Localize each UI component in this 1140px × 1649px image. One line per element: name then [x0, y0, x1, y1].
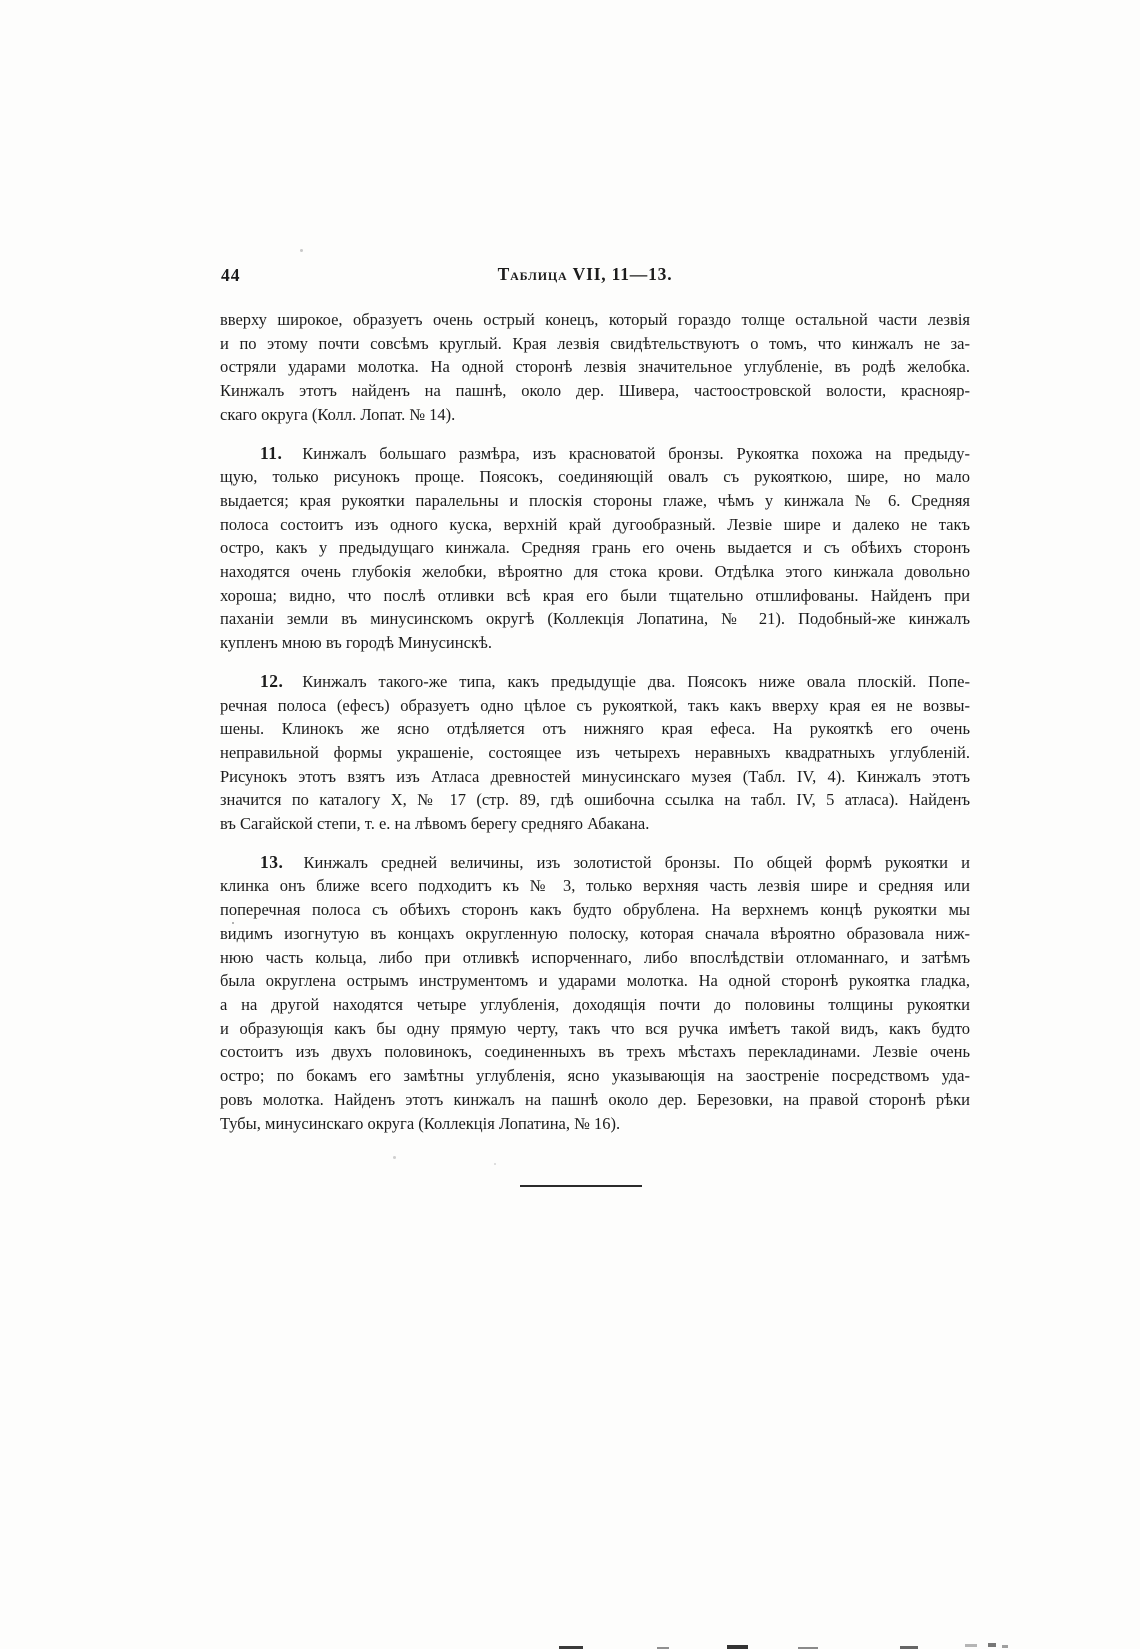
text-line: 12. Кинжалъ такого-же типа, какъ предыду…: [220, 670, 970, 694]
text-line: въ Сагайской степи, т. е. на лѣвомъ бере…: [220, 812, 970, 836]
running-header: Таблица VII, 11—13.: [498, 264, 673, 285]
text-line: клинка онъ ближе всего подходитъ къ № 3,…: [220, 874, 970, 898]
scan-artifact: [965, 1644, 977, 1647]
paper-speck: [232, 922, 234, 924]
text-line: ровъ молотка. Найденъ этотъ кинжалъ на п…: [220, 1088, 970, 1112]
paragraph: 12. Кинжалъ такого-же типа, какъ предыду…: [220, 670, 970, 836]
text-line: полоса состоитъ изъ одного куска, верхні…: [220, 513, 970, 537]
text-line: и образующія какъ бы одну прямую черту, …: [220, 1017, 970, 1041]
text-line: 13. Кинжалъ средней величины, изъ золоти…: [220, 851, 970, 875]
text-line: остряли ударами молотка. На одной сторон…: [220, 355, 970, 379]
text-line: шены. Клинокъ же ясно отдѣляется отъ ниж…: [220, 717, 970, 741]
text-line: Кинжалъ этотъ найденъ на пашнѣ, около де…: [220, 379, 970, 403]
scan-artifact: [1002, 1645, 1008, 1648]
text-line: находятся очень глубокія желобки, вѣроят…: [220, 560, 970, 584]
text-line: паханіи земли въ минусинскомъ округѣ (Ко…: [220, 607, 970, 631]
text-line: речная полоса (ефесъ) образуетъ одно цѣл…: [220, 694, 970, 718]
paragraph: 11. Кинжалъ большаго размѣра, изъ красно…: [220, 442, 970, 655]
text-line: хороша; видно, что послѣ отливки всѣ кра…: [220, 584, 970, 608]
text-line: видимъ изогнутую въ концахъ округленную …: [220, 922, 970, 946]
text-line: щую, только рисунокъ проще. Поясокъ, сое…: [220, 465, 970, 489]
section-divider: [520, 1185, 642, 1187]
paragraph: вверху широкое, образуетъ очень острый к…: [220, 308, 970, 427]
scan-artifact: [727, 1645, 748, 1649]
text-line: была округлена острымъ инструментомъ и у…: [220, 969, 970, 993]
text-line: выдается; края рукоятки паралельны и пло…: [220, 489, 970, 513]
paper-speck: [494, 1163, 496, 1165]
text-line: вверху широкое, образуетъ очень острый к…: [220, 308, 970, 332]
scan-artifact: [988, 1643, 996, 1647]
paragraph-number: 12.: [260, 671, 283, 691]
text-line: состоитъ изъ двухъ половинокъ, соединенн…: [220, 1040, 970, 1064]
text-line: и по этому почти совсѣмъ круглый. Края л…: [220, 332, 970, 356]
scanned-page: 44 Таблица VII, 11—13. вверху широкое, о…: [0, 0, 1140, 1649]
text-line: а на другой находятся четыре углубленія,…: [220, 993, 970, 1017]
text-line: Тубы, минусинскаго округа (Коллекція Лоп…: [220, 1112, 970, 1136]
text-line: остро, какъ у предыдущаго кинжала. Средн…: [220, 536, 970, 560]
page-number: 44: [221, 265, 241, 286]
text-line: Рисунокъ этотъ взятъ изъ Атласа древност…: [220, 765, 970, 789]
paragraph: 13. Кинжалъ средней величины, изъ золоти…: [220, 851, 970, 1135]
text-line: значится по каталогу X, № 17 (стр. 89, г…: [220, 788, 970, 812]
text-line: скаго округа (Колл. Лопат. № 14).: [220, 403, 970, 427]
paragraph-number: 11.: [260, 443, 282, 463]
text-line: купленъ мною въ городѣ Минусинскѣ.: [220, 631, 970, 655]
text-line: поперечная полоса съ обѣихъ сторонъ какъ…: [220, 898, 970, 922]
text-line: нюю часть кольца, либо при отливкѣ испор…: [220, 946, 970, 970]
text-line: неправильной формы украшеніе, состоящее …: [220, 741, 970, 765]
page-body: вверху широкое, образуетъ очень острый к…: [220, 308, 970, 1135]
paper-speck: [300, 249, 303, 252]
text-line: остро; по бокамъ его замѣтны углубленія,…: [220, 1064, 970, 1088]
paper-speck: [393, 1156, 396, 1159]
text-line: 11. Кинжалъ большаго размѣра, изъ красно…: [220, 442, 970, 466]
paragraph-number: 13.: [260, 852, 283, 872]
